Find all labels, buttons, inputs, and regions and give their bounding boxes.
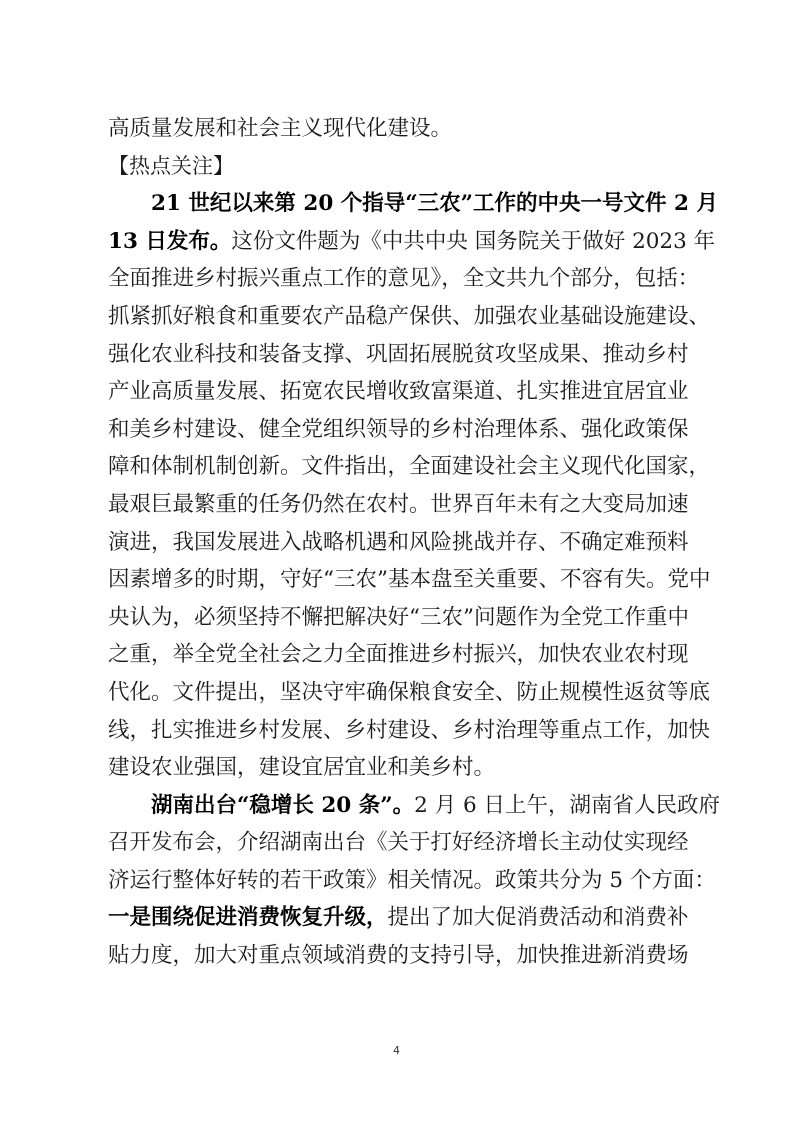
paragraph-line: 产业高质量发展、拓宽农民增收致富渠道、扎实推进宜居宜业	[108, 373, 688, 411]
paragraph-line: 强化农业科技和装备支撑、巩固拓展脱贫攻坚成果、推动乡村	[108, 336, 688, 374]
paragraph-line: 和美乡村建设、健全党组织领导的乡村治理体系、强化政策保	[108, 411, 688, 449]
paragraph-line: 贴力度，加大对重点领域消费的支持引导，加快推进新消费场	[108, 937, 688, 975]
paragraph-line: 13 日发布。这份文件题为《中共中央 国务院关于做好 2023 年	[108, 223, 688, 261]
paragraph-line: 障和体制机制创新。文件指出，全面建设社会主义现代化国家，	[108, 448, 688, 486]
body-text: 高质量发展和社会主义现代化建设。 【热点关注】 21 世纪以来第 20 个指导“…	[108, 110, 688, 975]
paragraph-line: 代化。文件提出，坚决守牢确保粮食安全、防止规模性返贫等底	[108, 674, 688, 712]
paragraph-line: 央认为，必须坚持不懈把解决好“三农”问题作为全党工作重中	[108, 599, 688, 637]
news-headline-2: 湖南出台“稳增长 20 条”。2 月 6 日上午，湖南省人民政府	[108, 787, 688, 825]
section-heading: 【热点关注】	[108, 148, 688, 186]
paragraph-line: 建设农业强国，建设宜居宜业和美乡村。	[108, 749, 688, 787]
paragraph-line: 高质量发展和社会主义现代化建设。	[108, 110, 688, 148]
paragraph-line: 济运行整体好转的若干政策》相关情况。政策共分为 5 个方面：	[108, 862, 688, 900]
paragraph-line: 最艰巨最繁重的任务仍然在农村。世界百年未有之大变局加速	[108, 486, 688, 524]
paragraph-line: 线，扎实推进乡村发展、乡村建设、乡村治理等重点工作，加快	[108, 712, 688, 750]
paragraph-line: 召开发布会，介绍湖南出台《关于打好经济增长主动仗实现经	[108, 824, 688, 862]
news-headline-1: 21 世纪以来第 20 个指导“三农”工作的中央一号文件 2 月	[108, 185, 688, 223]
paragraph-line: 因素增多的时期，守好“三农”基本盘至关重要、不容有失。党中	[108, 561, 688, 599]
page-number: 4	[0, 1044, 793, 1057]
paragraph-line: 演进，我国发展进入战略机遇和风险挑战并存、不确定难预料	[108, 524, 688, 562]
paragraph-line: 全面推进乡村振兴重点工作的意见》，全文共九个部分，包括：	[108, 260, 688, 298]
document-page: 高质量发展和社会主义现代化建设。 【热点关注】 21 世纪以来第 20 个指导“…	[0, 0, 793, 1122]
paragraph-line: 一是围绕促进消费恢复升级，提出了加大促消费活动和消费补	[108, 899, 688, 937]
paragraph-line: 抓紧抓好粮食和重要农产品稳产保供、加强农业基础设施建设、	[108, 298, 688, 336]
paragraph-line: 之重，举全党全社会之力全面推进乡村振兴，加快农业农村现	[108, 636, 688, 674]
